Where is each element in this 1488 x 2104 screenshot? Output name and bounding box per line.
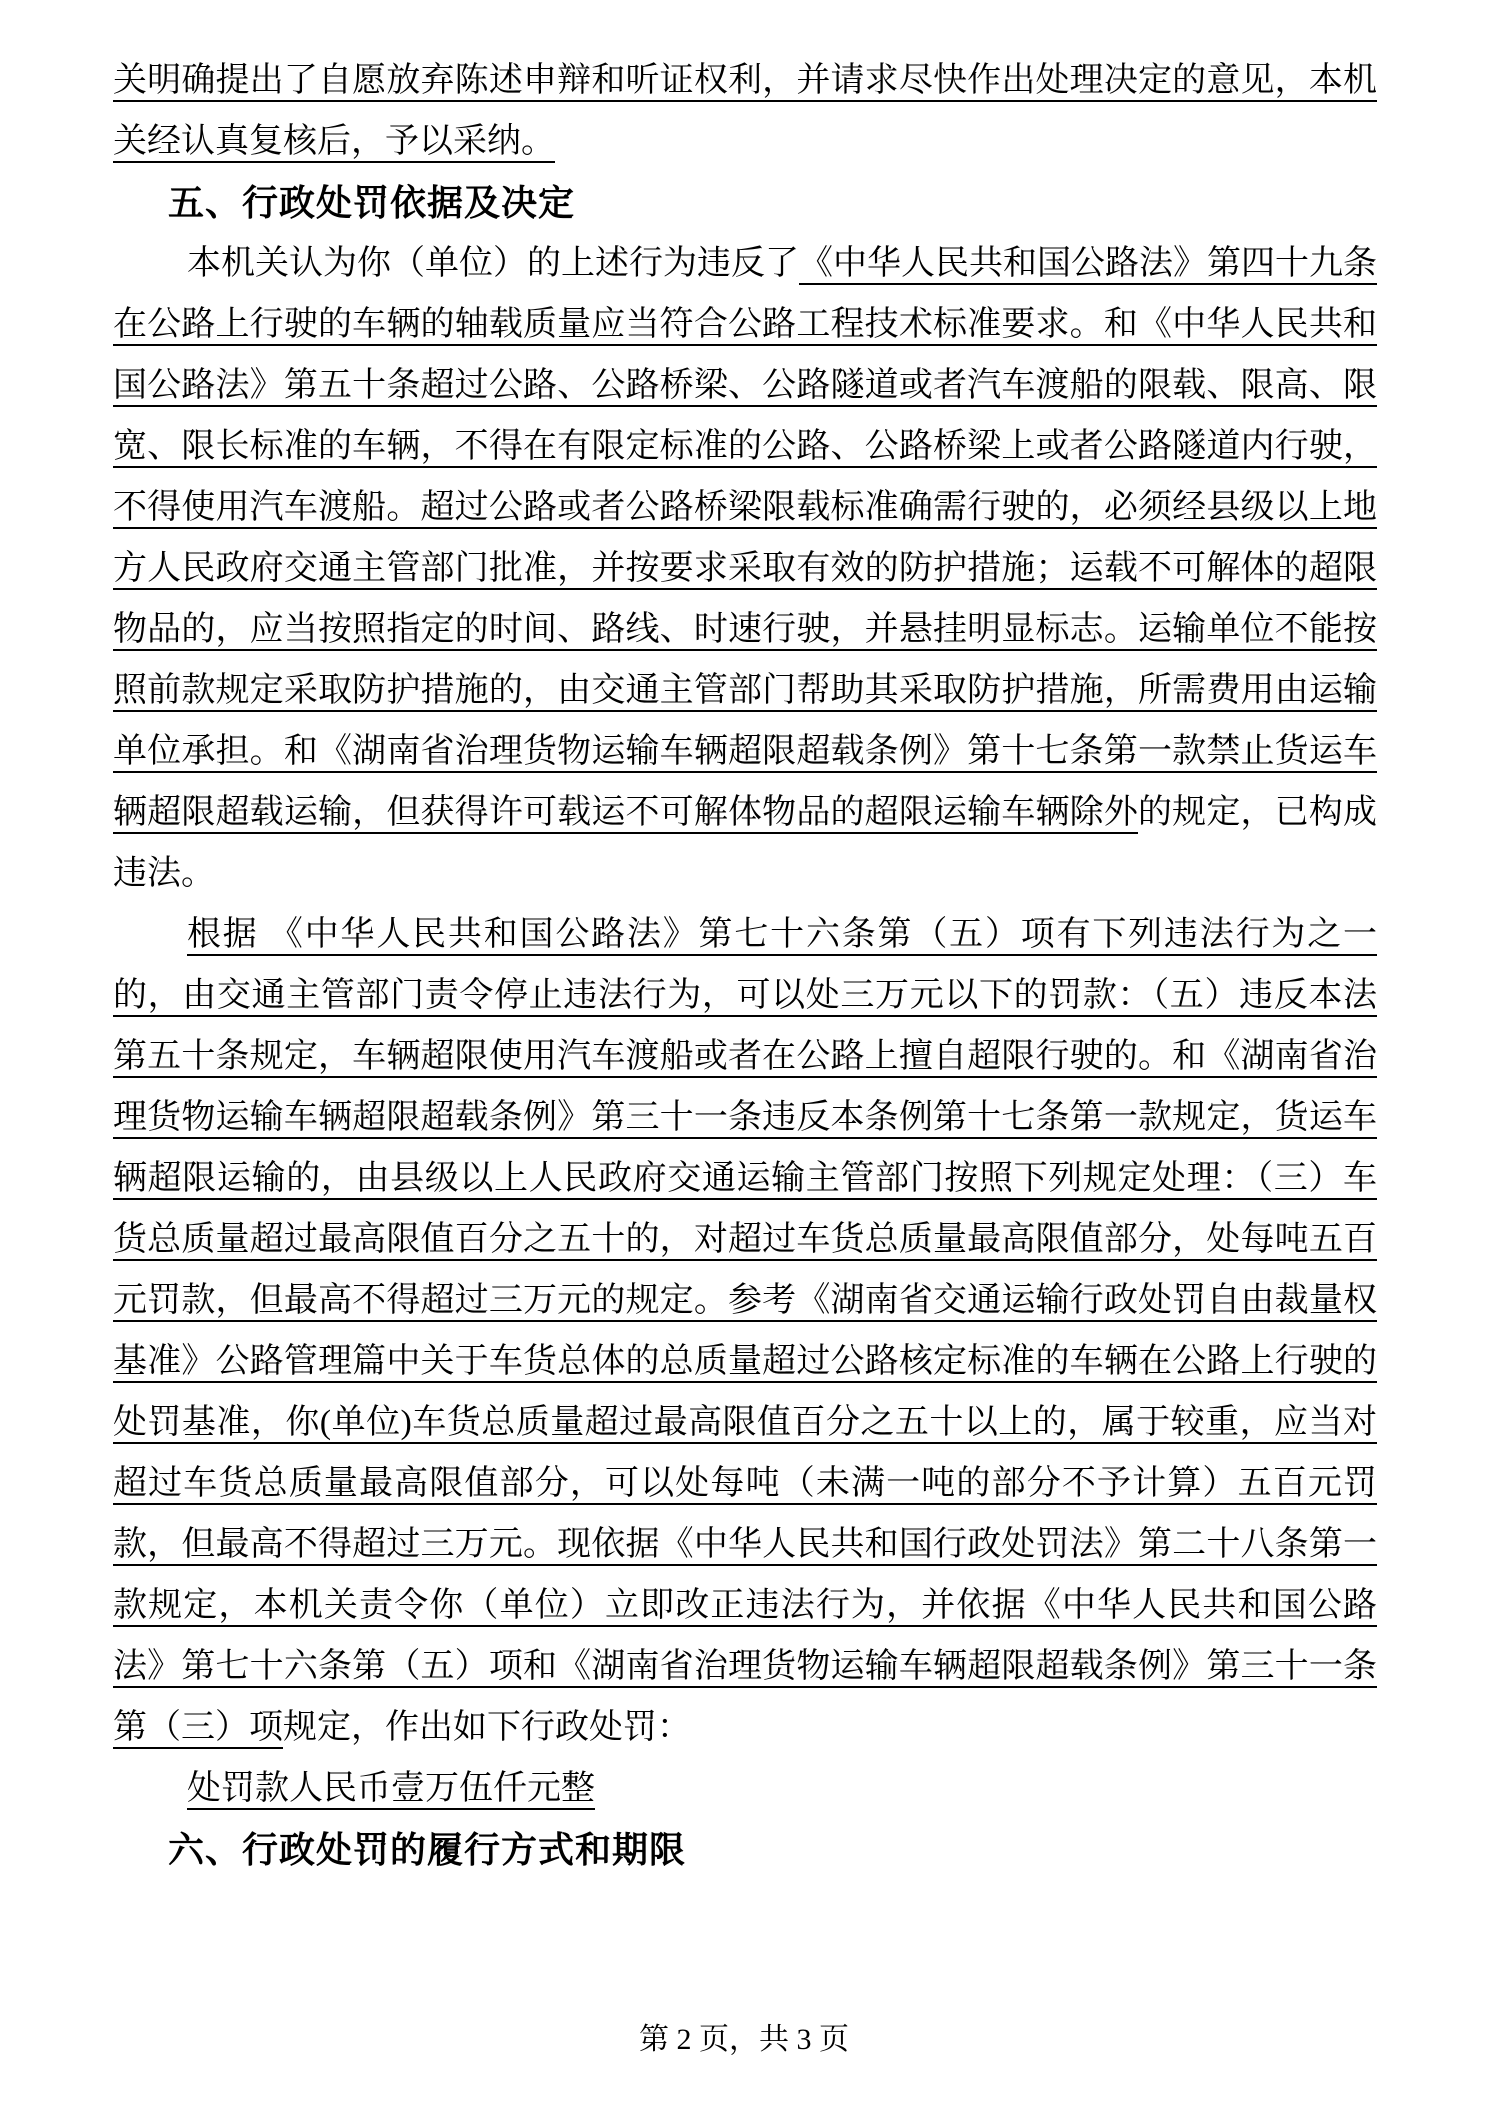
para-decision-line-10: 超过车货总质量最高限值部分，可以处每吨（未满一吨的部分不予计算）五百元罚	[113, 1453, 1377, 1514]
para-basis-line-10: 辆超限超载运输，但获得许可载运不可解体物品的超限运输车辆除外的规定，已构成	[113, 782, 1377, 843]
para-basis-line-8: 照前款规定采取防护措施的，由交通主管部门帮助其采取防护措施，所需费用由运输	[113, 660, 1377, 721]
para-basis-line-2: 在公路上行驶的车辆的轴载质量应当符合公路工程技术标准要求。和《中华人民共和	[113, 294, 1377, 355]
penalty-amount-line: 处罚款人民币壹万伍仟元整	[113, 1758, 1377, 1819]
plain-text: 本机关认为你（单位）的上述行为违反了	[187, 245, 799, 282]
underlined-text: 的，由交通主管部门责令停止违法行为，可以处三万元以下的罚款：（五）违反本法	[113, 977, 1377, 1014]
para-carryover-line-1: 关明确提出了自愿放弃陈述申辩和听证权利，并请求尽快作出处理决定的意见，本机	[113, 50, 1377, 111]
para-decision-line-8: 基准》公路管理篇中关于车货总体的总质量超过公路核定标准的车辆在公路上行驶的	[113, 1331, 1377, 1392]
para-basis-line-3: 国公路法》第五十条超过公路、公路桥梁、公路隧道或者汽车渡船的限载、限高、限	[113, 355, 1377, 416]
underlined-text: 处罚款人民币壹万伍仟元整	[187, 1770, 595, 1807]
underlined-text: 款规定，本机关责令你（单位）立即改正违法行为，并依据《中华人民共和国公路	[113, 1587, 1377, 1624]
para-decision-line-13: 法》第七十六条第（五）项和《湖南省治理货物运输车辆超限超载条例》第三十一条	[113, 1636, 1377, 1697]
section-heading-5: 五、行政处罚依据及决定	[113, 172, 1377, 233]
underlined-text: 关经认真复核后，予以采纳。	[113, 123, 555, 160]
underlined-text: 款，但最高不得超过三万元。现依据《中华人民共和国行政处罚法》第二十八条第一	[113, 1526, 1377, 1563]
para-basis-line-6: 方人民政府交通主管部门批准，并按要求采取有效的防护措施；运载不可解体的超限	[113, 538, 1377, 599]
underlined-text: 理货物运输车辆超限超载条例》第三十一条违反本条例第十七条第一款规定，货运车	[113, 1099, 1377, 1136]
page-number-footer: 第 2 页，共 3 页	[0, 2014, 1488, 2058]
plain-text: 规定，作出如下行政处罚：	[283, 1709, 691, 1746]
underlined-text: 宽、限长标准的车辆，不得在有限定标准的公路、公路桥梁上或者公路隧道内行驶，	[113, 428, 1377, 465]
underlined-text: 法》第七十六条第（五）项和《湖南省治理货物运输车辆超限超载条例》第三十一条	[113, 1648, 1377, 1685]
plain-text: 违法。	[113, 855, 215, 892]
para-basis-line-1: 本机关认为你（单位）的上述行为违反了《中华人民共和国公路法》第四十九条	[113, 233, 1377, 294]
underlined-text: 根据 《中华人民共和国公路法》第七十六条第（五）项有下列违法行为之一	[187, 916, 1377, 953]
para-decision-line-4: 理货物运输车辆超限超载条例》第三十一条违反本条例第十七条第一款规定，货运车	[113, 1087, 1377, 1148]
underlined-text: 超过车货总质量最高限值部分，可以处每吨（未满一吨的部分不予计算）五百元罚	[113, 1465, 1377, 1502]
underlined-text: 第（三）项	[113, 1709, 283, 1746]
para-basis-line-4: 宽、限长标准的车辆，不得在有限定标准的公路、公路桥梁上或者公路隧道内行驶，	[113, 416, 1377, 477]
para-decision-line-3: 第五十条规定，车辆超限使用汽车渡船或者在公路上擅自超限行驶的。和《湖南省治	[113, 1026, 1377, 1087]
underlined-text: 不得使用汽车渡船。超过公路或者公路桥梁限载标准确需行驶的，必须经县级以上地	[113, 489, 1377, 526]
para-carryover-line-2: 关经认真复核后，予以采纳。	[113, 111, 1377, 172]
para-decision-line-7: 元罚款，但最高不得超过三万元的规定。参考《湖南省交通运输行政处罚自由裁量权	[113, 1270, 1377, 1331]
underlined-text: 元罚款，但最高不得超过三万元的规定。参考《湖南省交通运输行政处罚自由裁量权	[113, 1282, 1377, 1319]
underlined-text: 照前款规定采取防护措施的，由交通主管部门帮助其采取防护措施，所需费用由运输	[113, 672, 1377, 709]
underlined-text: 《中华人民共和国公路法》第四十九条	[799, 245, 1377, 282]
para-basis-line-11: 违法。	[113, 843, 1377, 904]
para-decision-line-9: 处罚基准，你(单位)车货总质量超过最高限值百分之五十以上的，属于较重，应当对	[113, 1392, 1377, 1453]
underlined-text: 物品的，应当按照指定的时间、路线、时速行驶，并悬挂明显标志。运输单位不能按	[113, 611, 1377, 648]
para-decision-line-11: 款，但最高不得超过三万元。现依据《中华人民共和国行政处罚法》第二十八条第一	[113, 1514, 1377, 1575]
underlined-text: 基准》公路管理篇中关于车货总体的总质量超过公路核定标准的车辆在公路上行驶的	[113, 1343, 1377, 1380]
para-decision-line-6: 货总质量超过最高限值百分之五十的，对超过车货总质量最高限值部分，处每吨五百	[113, 1209, 1377, 1270]
underlined-text: 国公路法》第五十条超过公路、公路桥梁、公路隧道或者汽车渡船的限载、限高、限	[113, 367, 1377, 404]
document-body: 关明确提出了自愿放弃陈述申辩和听证权利，并请求尽快作出处理决定的意见，本机关经认…	[113, 50, 1377, 1880]
underlined-text: 在公路上行驶的车辆的轴载质量应当符合公路工程技术标准要求。和《中华人民共和	[113, 306, 1377, 343]
para-decision-line-5: 辆超限运输的，由县级以上人民政府交通运输主管部门按照下列规定处理：（三）车	[113, 1148, 1377, 1209]
underlined-text: 辆超限超载运输，但获得许可载运不可解体物品的超限运输车辆除外	[113, 794, 1138, 831]
underlined-text: 单位承担。和《湖南省治理货物运输车辆超限超载条例》第十七条第一款禁止货运车	[113, 733, 1377, 770]
para-decision-line-14: 第（三）项规定，作出如下行政处罚：	[113, 1697, 1377, 1758]
para-basis-line-7: 物品的，应当按照指定的时间、路线、时速行驶，并悬挂明显标志。运输单位不能按	[113, 599, 1377, 660]
underlined-text: 第五十条规定，车辆超限使用汽车渡船或者在公路上擅自超限行驶的。和《湖南省治	[113, 1038, 1377, 1075]
document-page: 关明确提出了自愿放弃陈述申辩和听证权利，并请求尽快作出处理决定的意见，本机关经认…	[0, 0, 1488, 2104]
section-heading-6: 六、行政处罚的履行方式和期限	[113, 1819, 1377, 1880]
underlined-text: 关明确提出了自愿放弃陈述申辩和听证权利，并请求尽快作出处理决定的意见，本机	[113, 62, 1377, 99]
para-basis-line-5: 不得使用汽车渡船。超过公路或者公路桥梁限载标准确需行驶的，必须经县级以上地	[113, 477, 1377, 538]
underlined-text: 辆超限运输的，由县级以上人民政府交通运输主管部门按照下列规定处理：（三）车	[113, 1160, 1377, 1197]
plain-text: 的规定，已构成	[1138, 794, 1377, 831]
underlined-text: 方人民政府交通主管部门批准，并按要求采取有效的防护措施；运载不可解体的超限	[113, 550, 1377, 587]
para-decision-line-12: 款规定，本机关责令你（单位）立即改正违法行为，并依据《中华人民共和国公路	[113, 1575, 1377, 1636]
underlined-text: 货总质量超过最高限值百分之五十的，对超过车货总质量最高限值部分，处每吨五百	[113, 1221, 1377, 1258]
para-basis-line-9: 单位承担。和《湖南省治理货物运输车辆超限超载条例》第十七条第一款禁止货运车	[113, 721, 1377, 782]
underlined-text: 处罚基准，你(单位)车货总质量超过最高限值百分之五十以上的，属于较重，应当对	[113, 1404, 1377, 1441]
para-decision-line-1: 根据 《中华人民共和国公路法》第七十六条第（五）项有下列违法行为之一	[113, 904, 1377, 965]
para-decision-line-2: 的，由交通主管部门责令停止违法行为，可以处三万元以下的罚款：（五）违反本法	[113, 965, 1377, 1026]
